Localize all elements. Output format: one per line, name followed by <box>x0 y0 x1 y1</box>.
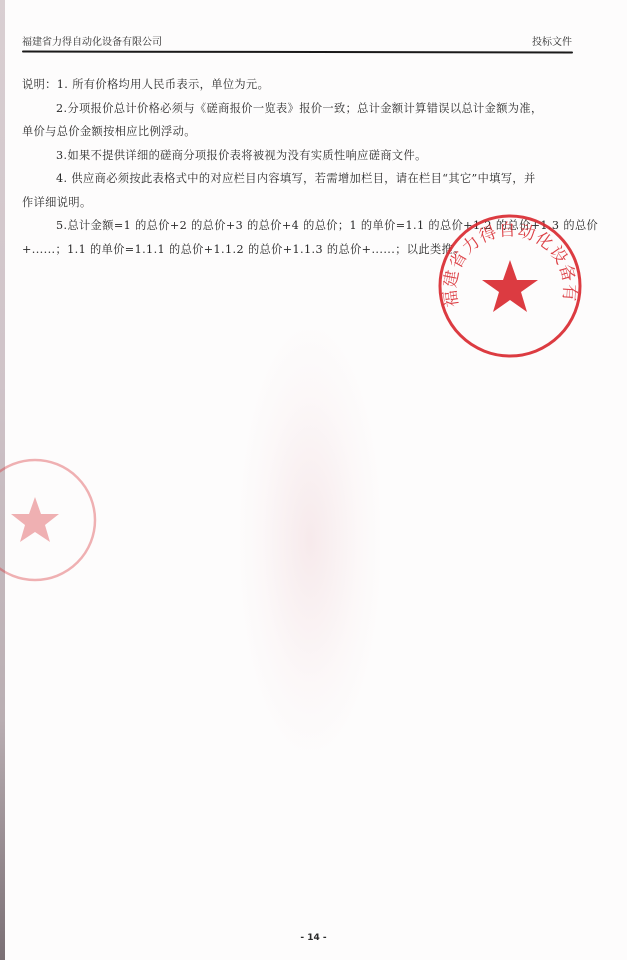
faded-seal-star-icon <box>11 497 59 542</box>
note-line: 说明：1. 所有价格均用人民币表示，单位为元。 <box>22 73 582 97</box>
note-line: 2.分项报价总计价格必须与《磋商报价一览表》报价一致；总计金额计算错误以总计金额… <box>22 97 582 121</box>
notes-section: 说明：1. 所有价格均用人民币表示，单位为元。 2.分项报价总计价格必须与《磋商… <box>22 73 582 261</box>
note-line: 4. 供应商必须按此表格式中的对应栏目内容填写，若需增加栏目，请在栏目“其它”中… <box>22 167 582 191</box>
faded-seal-stamp <box>0 455 100 585</box>
scan-edge-shadow <box>0 0 5 960</box>
header-document-type: 投标文件 <box>532 36 572 50</box>
note-line: 5.总计金额=1 的总价+2 的总价+3 的总价+4 的总价；1 的单价=1.1… <box>22 214 582 238</box>
note-line: +......；1.1 的单价=1.1.1 的总价+1.1.2 的总价+1.1.… <box>22 238 582 262</box>
header-company-name: 福建省力得自动化设备有限公司 <box>22 36 162 50</box>
seal-star-icon <box>482 260 538 312</box>
note-line: 单价与总价金额按相应比例浮动。 <box>22 120 582 144</box>
note-line: 作详细说明。 <box>22 191 582 215</box>
scan-smudge <box>240 330 380 750</box>
page-number: - 14 - <box>0 933 627 943</box>
note-line: 3.如果不提供详细的磋商分项报价表将被视为没有实质性响应磋商文件。 <box>22 144 582 168</box>
